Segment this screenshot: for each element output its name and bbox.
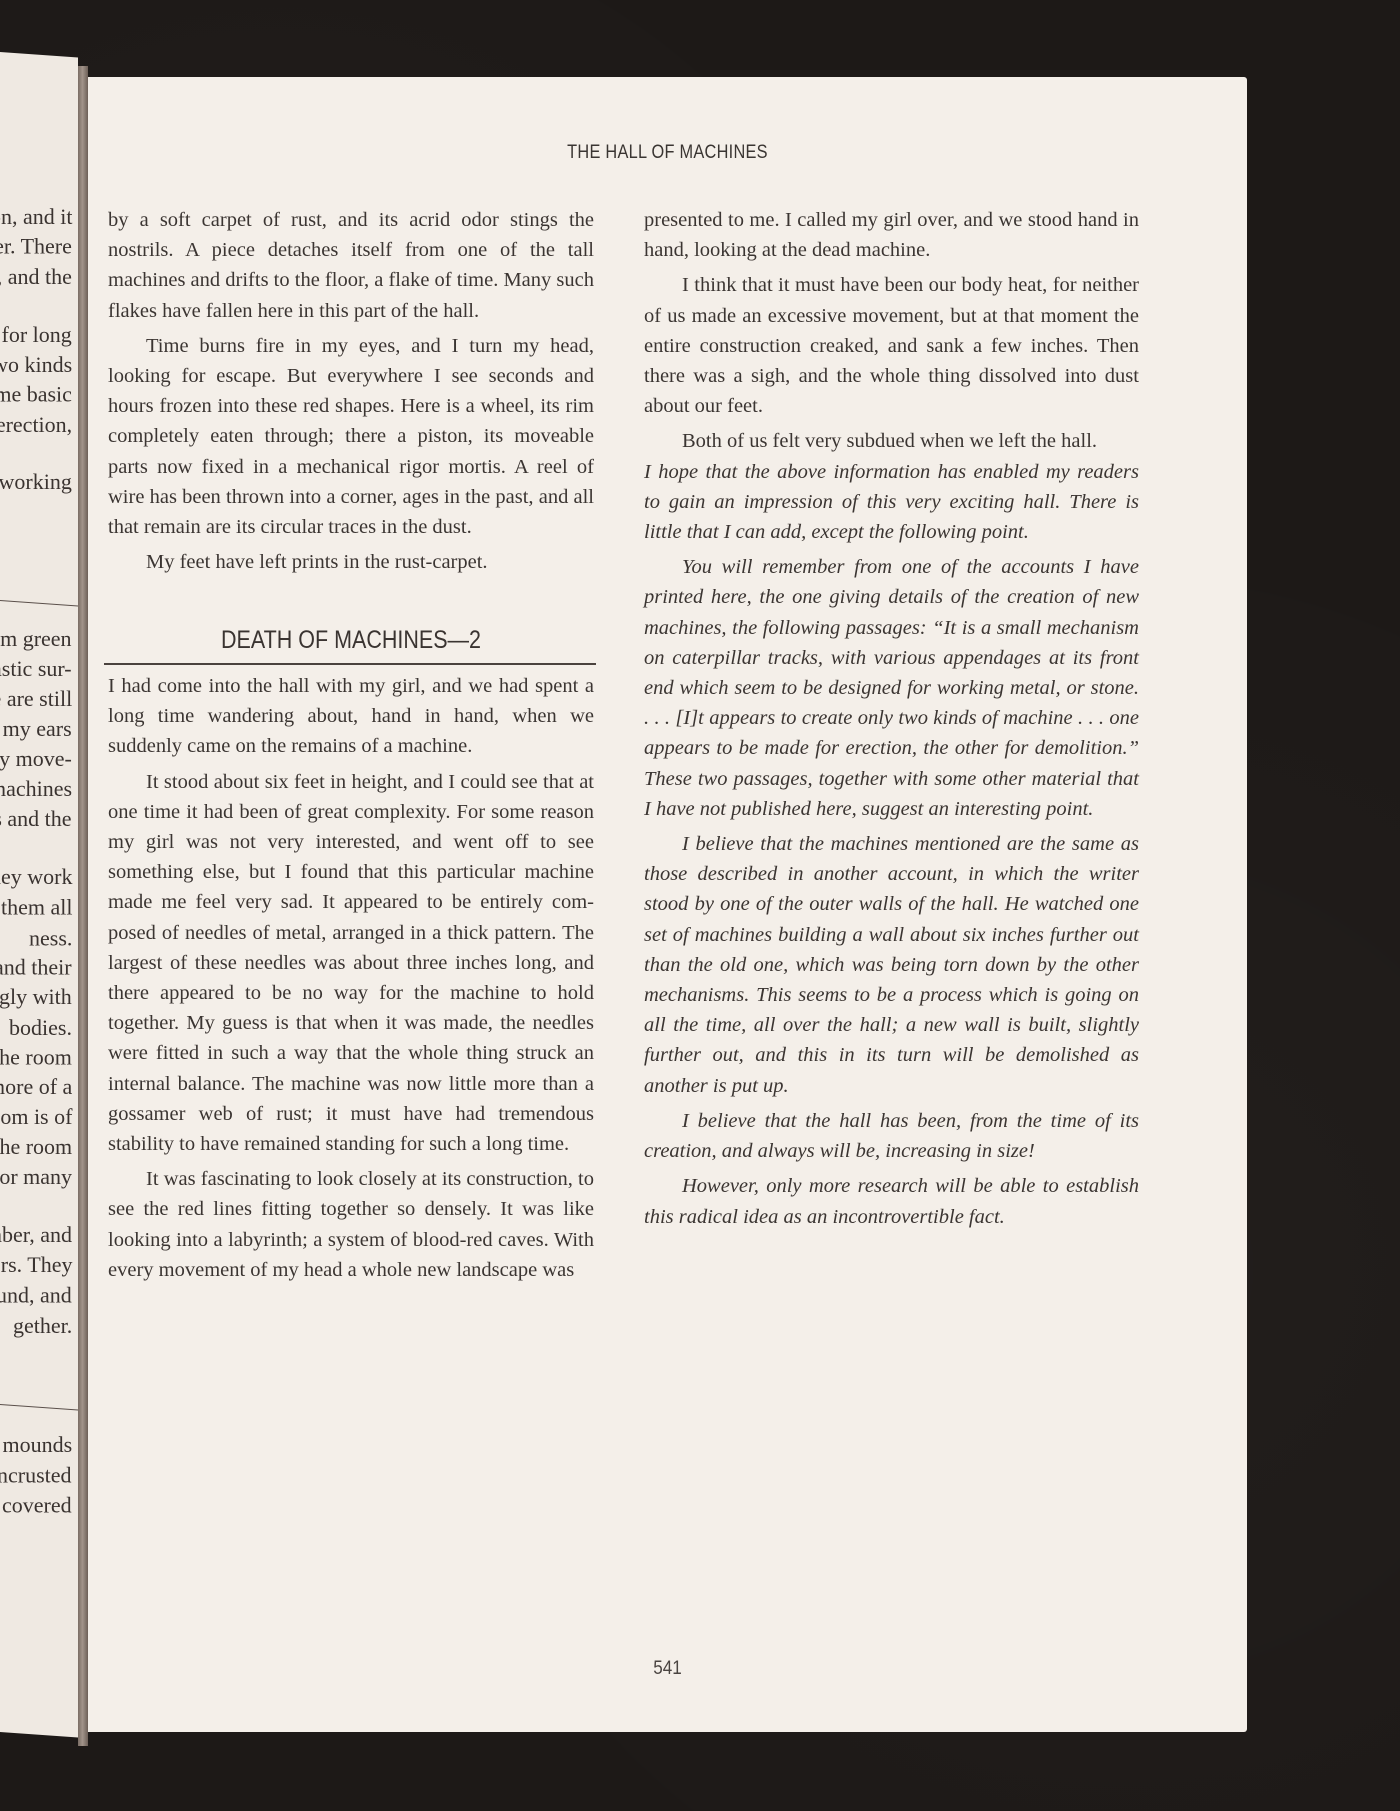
facing-line: on, and it (0, 204, 72, 230)
facing-line: bodies. (9, 1015, 72, 1041)
facing-line: rs and the (0, 806, 72, 832)
facing-line: und, and (0, 1282, 72, 1308)
paragraph: It was fascinating to look closely at it… (108, 1164, 594, 1285)
left-column: by a soft carpet of rust, and its acrid … (108, 205, 594, 1285)
facing-line: n for long (0, 322, 72, 348)
facing-line: e, and the (0, 264, 72, 290)
facing-line: n working (0, 469, 72, 495)
section-rule (104, 663, 596, 665)
facing-line: d mounds (0, 1432, 72, 1458)
paragraph: by a soft carpet of rust, and its acrid … (108, 205, 594, 326)
book-spine-gutter (78, 66, 88, 1746)
running-head: THE HALL OF MACHINES (169, 142, 1166, 164)
facing-line: gether. (13, 1313, 72, 1339)
facing-line: r erection, (0, 412, 72, 438)
commentary-paragraph: I believe that the hall has been, from t… (644, 1106, 1139, 1166)
commentary-paragraph: You will remember from one of the accoun… (644, 552, 1139, 824)
facing-line: and their (0, 954, 72, 980)
facing-rule (0, 1404, 78, 1411)
paragraph: Time burns fire in my eyes, and I turn m… (108, 331, 594, 542)
facing-line: ness. (29, 926, 72, 952)
facing-page-left: on, and it ther. There e, and the n for … (0, 52, 78, 1737)
facing-line: ngly with (0, 984, 72, 1010)
paragraph: I had come into the hall with my girl, a… (108, 671, 594, 762)
facing-line: in my ears (0, 716, 72, 742)
page-number: 541 (146, 1658, 1189, 1680)
section-heading: DEATH OF MACHINES—2 (142, 625, 560, 655)
facing-line: them all (1, 895, 72, 921)
facing-line: same basic (0, 382, 72, 408)
facing-line: ers. They (0, 1252, 72, 1278)
paragraph: My feet have left prints in the rust-car… (108, 547, 594, 577)
facing-line: nly move- (0, 746, 72, 772)
facing-line: The room (0, 1134, 72, 1160)
facing-line: nber, and (0, 1222, 72, 1248)
facing-rule (0, 600, 78, 607)
facing-line: arm green (0, 626, 72, 652)
commentary-paragraph: I hope that the above information has en… (644, 457, 1139, 548)
paragraph: I think that it must have been our body … (644, 270, 1139, 421)
paragraph: Both of us felt very subdued when we lef… (644, 426, 1139, 456)
paragraph: presented to me. I called my girl over, … (644, 205, 1139, 265)
facing-line: two kinds (0, 352, 72, 378)
facing-line: covered (2, 1493, 72, 1519)
facing-line: se are still (0, 686, 72, 712)
paragraph: It stood about six feet in height, and I… (108, 767, 594, 1160)
commentary-paragraph: I believe that the machines mentioned ar… (644, 829, 1139, 1101)
facing-line: ther. There (0, 234, 72, 260)
facing-line: ncrusted (0, 1462, 72, 1488)
commentary-paragraph: However, only more research will be able… (644, 1171, 1139, 1231)
facing-line: more of a (0, 1074, 72, 1100)
facing-line: for many (0, 1164, 72, 1190)
right-column: presented to me. I called my girl over, … (644, 205, 1139, 1232)
facing-line: hey work (0, 864, 72, 890)
facing-line: room is of (0, 1104, 72, 1130)
facing-line: machines (0, 776, 72, 802)
facing-line: the room (0, 1044, 72, 1070)
book-page: THE HALL OF MACHINES by a soft carpet of… (88, 77, 1247, 1732)
facing-line: astic sur- (0, 656, 72, 682)
